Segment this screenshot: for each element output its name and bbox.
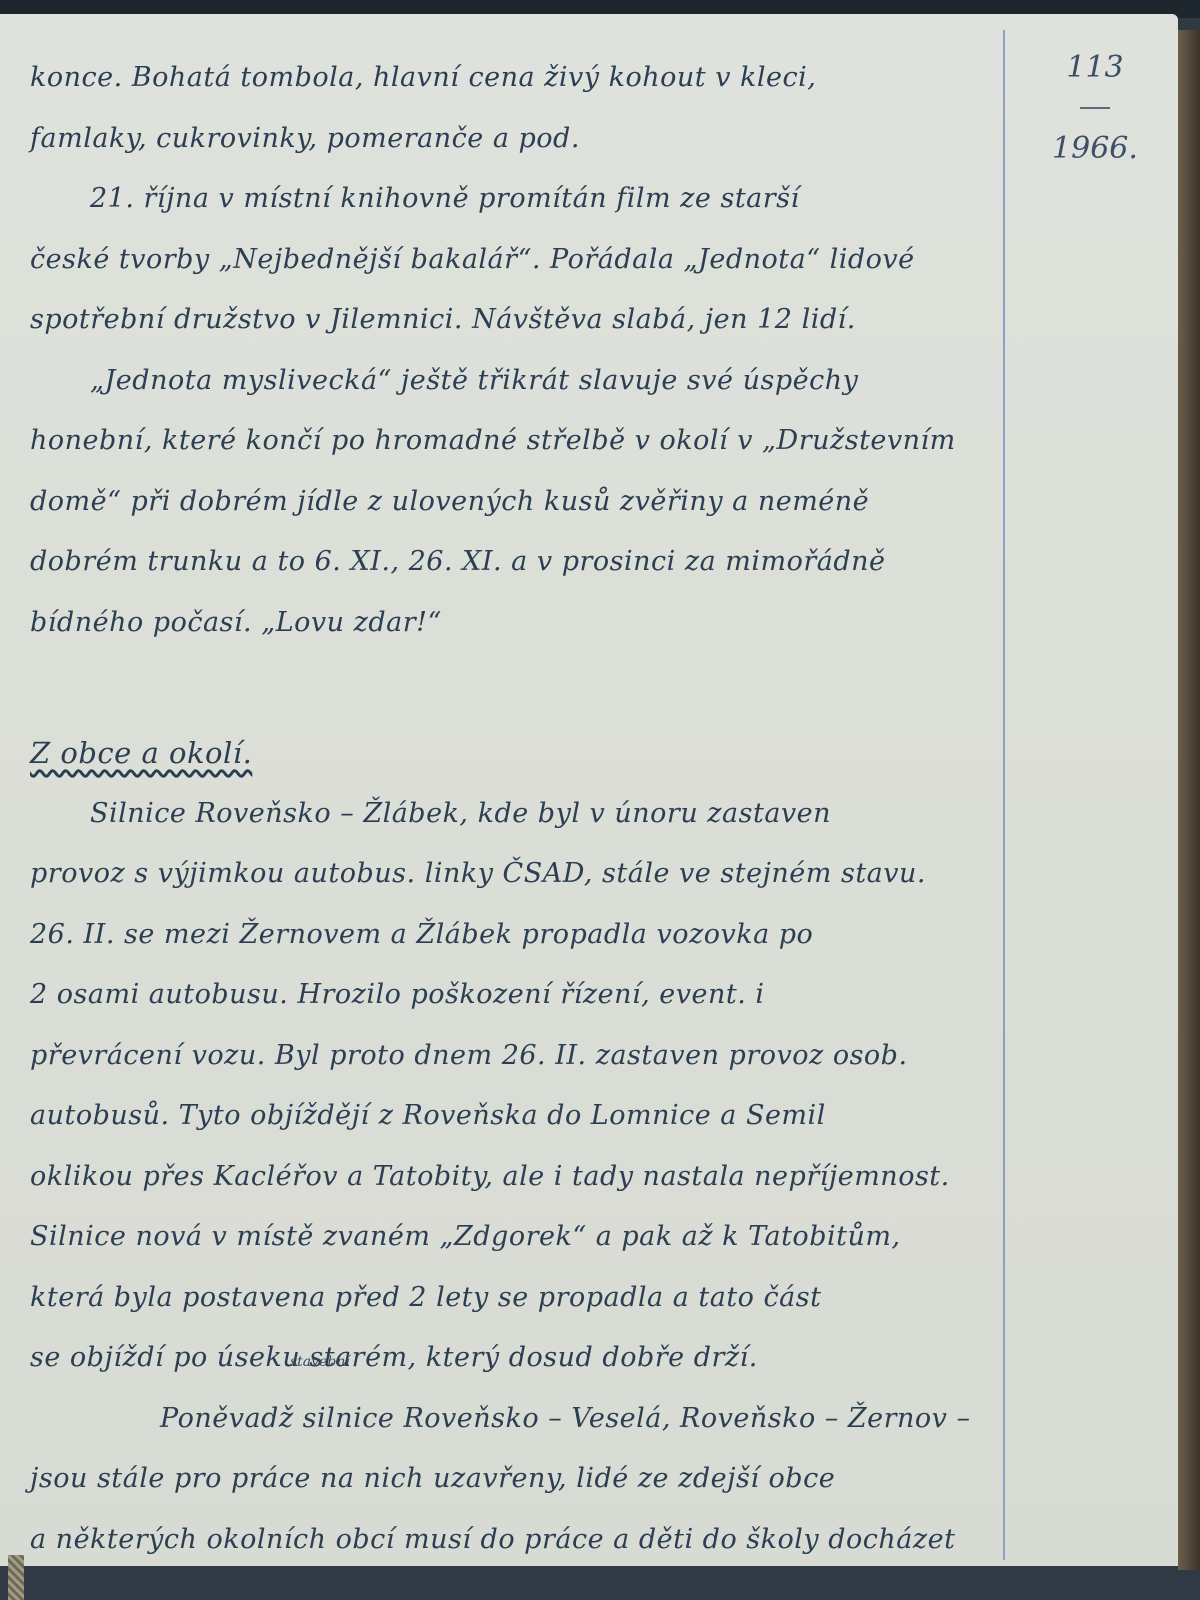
text-line: spotřební družstvo v Jilemnici. Návštěva…: [30, 290, 1000, 351]
text-line: oklikou přes Kacléřov a Tatobity, ale i …: [30, 1147, 1000, 1208]
text-line: konce. Bohatá tombola, hlavní cena živý …: [30, 48, 1000, 109]
text-line: provoz s výjimkou autobus. linky ČSAD, s…: [30, 844, 1000, 905]
text-line: domě“ při dobrém jídle z ulovených kusů …: [30, 472, 1000, 533]
text-line: 21. října v místní knihovně promítán fil…: [30, 169, 1000, 230]
text-line: Silnice nová v místě zvaném „Zdgorek“ a …: [30, 1207, 1000, 1268]
text-line: bídného počasí. „Lovu zdar!“: [30, 593, 1000, 654]
heading-text: Z obce a okolí.: [30, 736, 252, 770]
text-line: se objíždí po úseku starém, který dosud …: [30, 1328, 1000, 1389]
text-line: české tvorby „Nejbednější bakalář“. Pořá…: [30, 230, 1000, 291]
interlinear-insertion: stavební: [290, 1354, 350, 1370]
text-line: Silnice Roveňsko – Žlábek, kde byl v úno…: [30, 784, 1000, 845]
text-line: famlaky, cukrovinky, pomeranče a pod.: [30, 109, 1000, 170]
text-line: Poněvadž silnice Roveňsko – Veselá, Rove…: [30, 1389, 1000, 1450]
page-number: 113: [1030, 50, 1160, 85]
section-heading: Z obce a okolí.: [30, 723, 1000, 784]
bookmark-ribbon: [8, 1555, 24, 1600]
text-line: převrácení vozu. Byl proto dnem 26. II. …: [30, 1026, 1000, 1087]
handwritten-text: konce. Bohatá tombola, hlavní cena živý …: [30, 48, 1000, 1570]
margin-rule: [1003, 30, 1005, 1560]
text-line: dobrém trunku a to 6. XI., 26. XI. a v p…: [30, 532, 1000, 593]
text-line: která byla postavena před 2 lety se prop…: [30, 1268, 1000, 1329]
text-line: 2 osami autobusu. Hrozilo poškození říze…: [30, 965, 1000, 1026]
text-line: a některých okolních obcí musí do práce …: [30, 1510, 1000, 1571]
text-line: 26. II. se mezi Žernovem a Žlábek propad…: [30, 905, 1000, 966]
book-page-edge: [1178, 30, 1200, 1570]
text-line: „Jednota myslivecká“ ještě třikrát slavu…: [30, 351, 1000, 412]
text-line: jsou stále pro práce na nich uzavřeny, l…: [30, 1449, 1000, 1510]
margin-note: 113 1966.: [1030, 50, 1160, 166]
spacer: [30, 653, 1000, 723]
text-line: honební, které končí po hromadné střelbě…: [30, 411, 1000, 472]
margin-dash: [1080, 107, 1110, 109]
year-label: 1966.: [1030, 131, 1160, 166]
text-line: autobusů. Tyto objíždějí z Roveňska do L…: [30, 1086, 1000, 1147]
